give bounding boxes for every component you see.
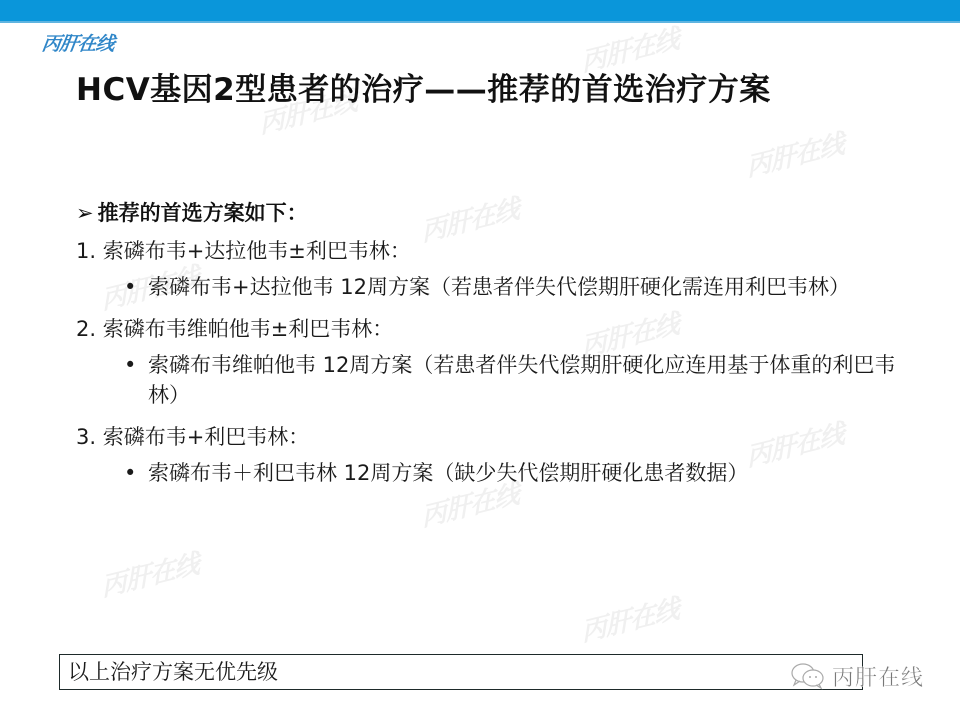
bullet-text: 索磷布韦维帕他韦 12周方案（若患者伴失代偿期肝硬化应连用基于体重的利巴韦林） xyxy=(148,353,895,407)
bullet-dot-icon: • xyxy=(124,458,136,488)
slide-content: ➢推荐的首选方案如下： 1. 索磷布韦+达拉他韦±利巴韦林： • 索磷布韦+达拉… xyxy=(76,198,906,488)
bullet-dot-icon: • xyxy=(124,350,136,380)
regimen-1-detail: • 索磷布韦+达拉他韦 12周方案（若患者伴失代偿期肝硬化需连用利巴韦林） xyxy=(76,272,906,302)
wechat-icon xyxy=(790,662,826,690)
watermark: 丙肝在线 xyxy=(745,123,845,185)
arrow-bullet-icon: ➢ xyxy=(76,201,94,225)
regimen-2-title: 2. 索磷布韦维帕他韦±利巴韦林： xyxy=(76,314,906,344)
regimen-1-title: 1. 索磷布韦+达拉他韦±利巴韦林： xyxy=(76,236,906,266)
top-accent-bar xyxy=(0,0,960,23)
section-heading: ➢推荐的首选方案如下： xyxy=(76,198,906,228)
brand-logo: 丙肝在线 xyxy=(40,29,116,56)
slide-title: HCV基因2型患者的治疗——推荐的首选治疗方案 xyxy=(76,70,876,110)
regimen-2-detail: • 索磷布韦维帕他韦 12周方案（若患者伴失代偿期肝硬化应连用基于体重的利巴韦林… xyxy=(76,350,906,410)
footer-note: 以上治疗方案无优先级 xyxy=(68,660,278,684)
bullet-dot-icon: • xyxy=(124,272,136,302)
bullet-text: 索磷布韦+达拉他韦 12周方案（若患者伴失代偿期肝硬化需连用利巴韦林） xyxy=(148,275,850,299)
regimen-3-title: 3. 索磷布韦+利巴韦林： xyxy=(76,422,906,452)
regimen-3-detail: • 索磷布韦＋利巴韦林 12周方案（缺少失代偿期肝硬化患者数据） xyxy=(76,458,906,488)
footer-note-box: 以上治疗方案无优先级 xyxy=(59,654,863,690)
heading-text: 推荐的首选方案如下： xyxy=(98,201,308,225)
watermark: 丙肝在线 xyxy=(580,588,680,650)
bullet-text: 索磷布韦＋利巴韦林 12周方案（缺少失代偿期肝硬化患者数据） xyxy=(148,461,748,485)
watermark: 丙肝在线 xyxy=(100,543,200,605)
wechat-account-name: 丙肝在线 xyxy=(832,661,924,692)
wechat-watermark: 丙肝在线 xyxy=(790,660,924,692)
